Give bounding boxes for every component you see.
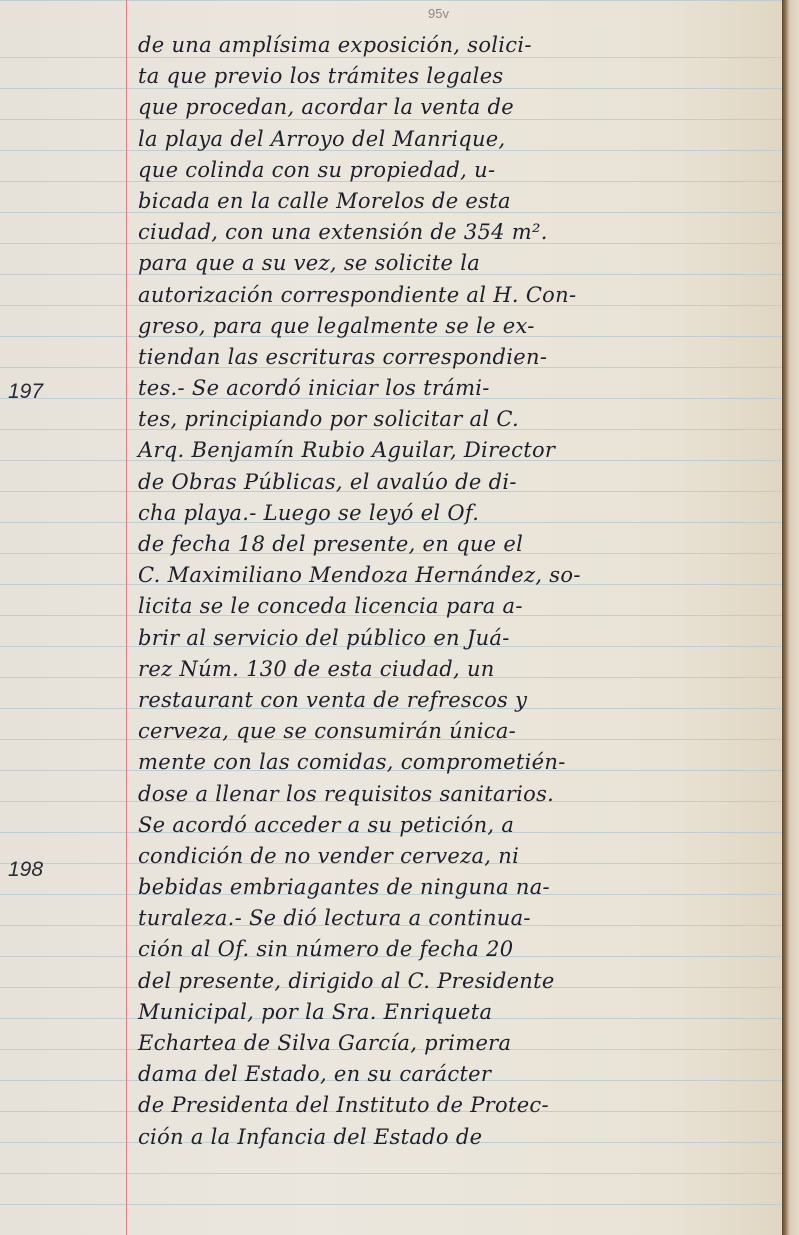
text-line: tes, principiando por solicitar al C. — [138, 404, 778, 435]
text-line-content: licita se le conceda licencia para a- — [138, 591, 523, 622]
text-line: ción al Of. sin número de fecha 20 — [138, 934, 778, 965]
text-line: de fecha 18 del presente, en que el — [138, 529, 778, 560]
text-line-content: Municipal, por la Sra. Enriqueta — [138, 997, 492, 1028]
text-line-content: dama del Estado, en su carácter — [138, 1059, 491, 1090]
page-binding-edge — [782, 0, 799, 1235]
text-line: la playa del Arroyo del Manrique, — [138, 124, 778, 155]
text-line-content: de Obras Públicas, el avalúo de di- — [138, 467, 517, 498]
text-line: cerveza, que se consumirán única- — [138, 716, 778, 747]
text-line: para que a su vez, se solicite la — [138, 248, 778, 279]
text-line: brir al servicio del público en Juá- — [138, 623, 778, 654]
text-line-content: de fecha 18 del presente, en que el — [138, 529, 523, 560]
text-line: del presente, dirigido al C. Presidente — [138, 966, 778, 997]
text-line: bicada en la calle Morelos de esta — [138, 186, 778, 217]
text-line-content: Se acordó acceder a su petición, a — [138, 810, 514, 841]
marginal-note-198: 198 — [8, 858, 43, 882]
text-line-content: greso, para que legalmente se le ex- — [138, 311, 535, 342]
text-line: Se acordó acceder a su petición, a — [138, 810, 778, 841]
text-line: dama del Estado, en su carácter — [138, 1059, 778, 1090]
text-line: restaurant con venta de refrescos y — [138, 685, 778, 716]
text-line-content: del presente, dirigido al C. Presidente — [138, 966, 555, 997]
handwritten-text-body: de una amplísima exposición, solici-ta q… — [138, 30, 778, 1153]
text-line-content: Arq. Benjamín Rubio Aguilar, Director — [138, 435, 555, 466]
text-line: de Presidenta del Instituto de Protec- — [138, 1090, 778, 1121]
text-line-content: ciudad, con una extensión de 354 m². — [138, 217, 548, 248]
text-line-content: brir al servicio del público en Juá- — [138, 623, 510, 654]
text-line: ta que previo los trámites legales — [138, 61, 778, 92]
text-line: condición de no vender cerveza, ni — [138, 841, 778, 872]
text-line: Echartea de Silva García, primera — [138, 1028, 778, 1059]
red-margin-line — [126, 0, 127, 1235]
text-line-content: cha playa.- Luego se leyó el Of. — [138, 498, 479, 529]
text-line: autorización correspondiente al H. Con- — [138, 280, 778, 311]
text-line: ciudad, con una extensión de 354 m². — [138, 217, 778, 248]
text-line: mente con las comidas, comprometién- — [138, 747, 778, 778]
text-line-content: mente con las comidas, comprometién- — [138, 747, 566, 778]
text-line-content: la playa del Arroyo del Manrique, — [138, 124, 506, 155]
text-line: C. Maximiliano Mendoza Hernández, so- — [138, 560, 778, 591]
text-line: que colinda con su propiedad, u- — [138, 155, 778, 186]
text-line-content: Echartea de Silva García, primera — [138, 1028, 511, 1059]
text-line: de Obras Públicas, el avalúo de di- — [138, 467, 778, 498]
text-line-content: tes, principiando por solicitar al C. — [138, 404, 519, 435]
text-line: licita se le conceda licencia para a- — [138, 591, 778, 622]
text-line-content: cerveza, que se consumirán única- — [138, 716, 516, 747]
folio-number: 95v — [428, 6, 449, 21]
text-line: tes.- Se acordó iniciar los trámi- — [138, 373, 778, 404]
text-line-content: que procedan, acordar la venta de — [138, 92, 514, 123]
text-line: rez Núm. 130 de esta ciudad, un — [138, 654, 778, 685]
text-line: bebidas embriagantes de ninguna na- — [138, 872, 778, 903]
text-line: greso, para que legalmente se le ex- — [138, 311, 778, 342]
ledger-page: 95v 197 198 de una amplísima exposición,… — [0, 0, 784, 1235]
text-line: de una amplísima exposición, solici- — [138, 30, 778, 61]
text-line: tiendan las escrituras correspondien- — [138, 342, 778, 373]
text-line-content: bicada en la calle Morelos de esta — [138, 186, 511, 217]
text-line-content: para que a su vez, se solicite la — [138, 248, 480, 279]
text-line-content: restaurant con venta de refrescos y — [138, 685, 527, 716]
text-line-content: rez Núm. 130 de esta ciudad, un — [138, 654, 495, 685]
text-line: ción a la Infancia del Estado de — [138, 1122, 778, 1153]
text-line: que procedan, acordar la venta de — [138, 92, 778, 123]
text-line-content: autorización correspondiente al H. Con- — [138, 280, 576, 311]
text-line-content: tiendan las escrituras correspondien- — [138, 342, 547, 373]
text-line-content: bebidas embriagantes de ninguna na- — [138, 872, 550, 903]
text-line-content: turaleza.- Se dió lectura a continua- — [138, 903, 531, 934]
text-line-content: condición de no vender cerveza, ni — [138, 841, 519, 872]
text-line-content: ción al Of. sin número de fecha 20 — [138, 934, 513, 965]
text-line-content: de una amplísima exposición, solici- — [138, 30, 532, 61]
text-line: dose a llenar los requisitos sanitarios. — [138, 779, 778, 810]
text-line-content: ta que previo los trámites legales — [138, 61, 504, 92]
text-line-content: que colinda con su propiedad, u- — [138, 155, 495, 186]
text-line-content: de Presidenta del Instituto de Protec- — [138, 1090, 549, 1121]
marginal-note-197: 197 — [8, 380, 43, 404]
text-line-content: dose a llenar los requisitos sanitarios. — [138, 779, 554, 810]
text-line-content: tes.- Se acordó iniciar los trámi- — [138, 373, 490, 404]
text-line: cha playa.- Luego se leyó el Of. — [138, 498, 778, 529]
text-line: Arq. Benjamín Rubio Aguilar, Director — [138, 435, 778, 466]
text-line-content: ción a la Infancia del Estado de — [138, 1122, 482, 1153]
text-line: turaleza.- Se dió lectura a continua- — [138, 903, 778, 934]
text-line: Municipal, por la Sra. Enriqueta — [138, 997, 778, 1028]
text-line-content: C. Maximiliano Mendoza Hernández, so- — [138, 560, 581, 591]
